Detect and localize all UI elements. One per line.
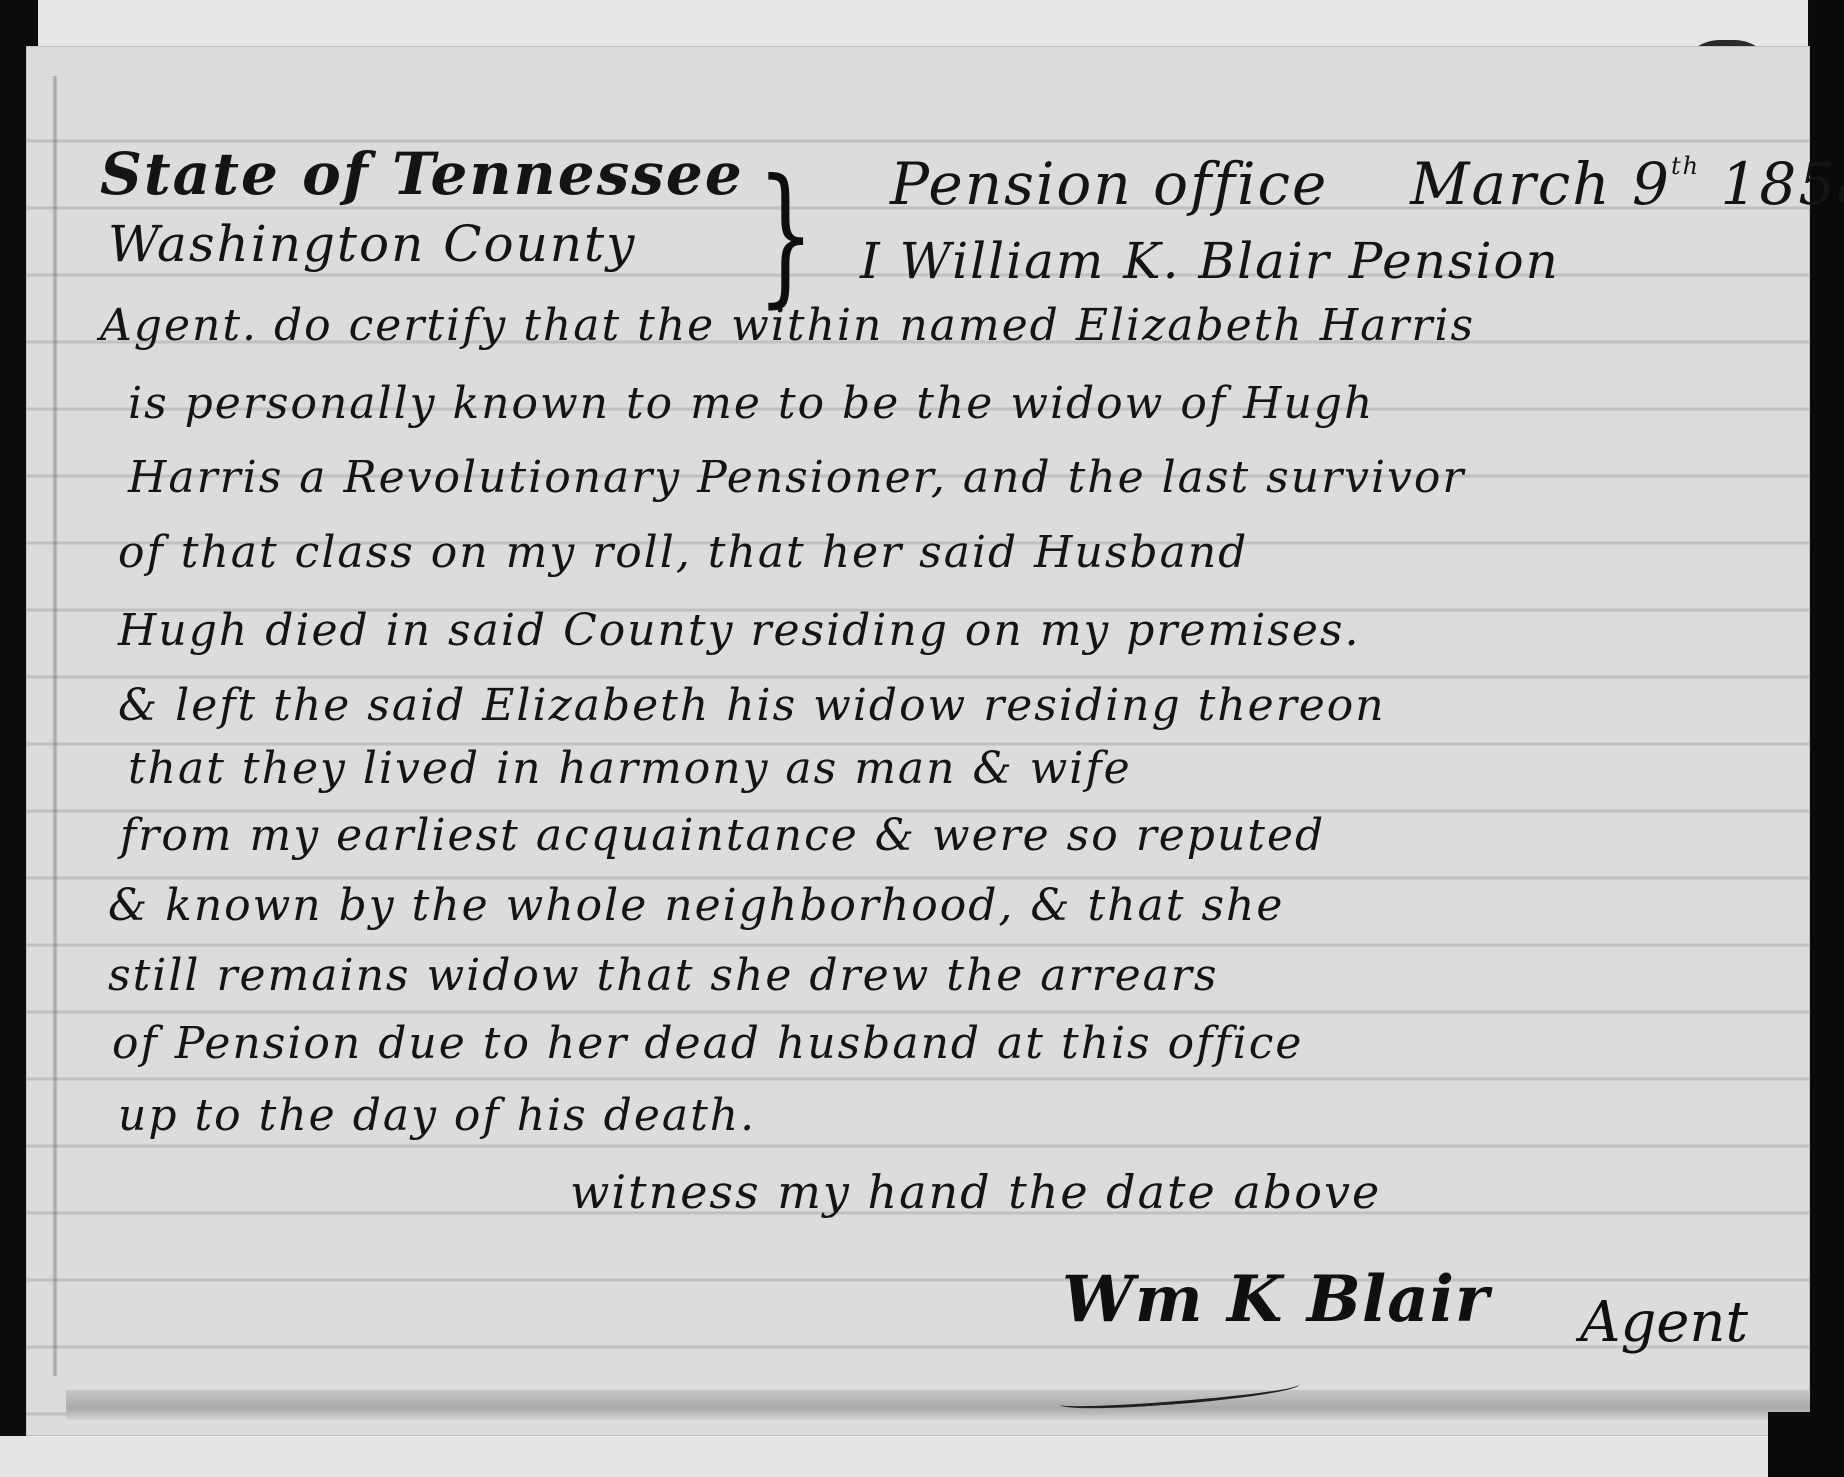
scan-border-corner (1768, 1412, 1844, 1477)
body-line: of Pension due to her dead husband at th… (112, 1018, 1303, 1069)
date-suffix: th (1671, 152, 1700, 180)
page-edge-shadow (66, 1390, 1810, 1420)
body-line: that they lived in harmony as man & wife (128, 743, 1132, 794)
signature: Wm K Blair (1062, 1262, 1490, 1337)
body-line: Harris a Revolutionary Pensioner, and th… (128, 452, 1465, 503)
office-date-line: Pension office March 9th 1858 (890, 150, 1844, 218)
body-line: Agent. do certify that the within named … (100, 300, 1475, 351)
scan-border-right (1810, 0, 1844, 1477)
body-line: of that class on my roll, that her said … (118, 527, 1248, 578)
signature-title: Agent (1580, 1290, 1748, 1355)
body-line: is personally known to me to be the wido… (128, 378, 1374, 429)
body-line: & left the said Elizabeth his widow resi… (118, 680, 1386, 731)
body-line: up to the day of his death. (118, 1090, 756, 1141)
date-year: 1858 (1721, 150, 1844, 218)
body-line: still remains widow that she drew the ar… (108, 950, 1219, 1001)
body-line: from my earliest acquaintance & were so … (120, 810, 1325, 861)
date-month-day: March 9 (1410, 150, 1671, 218)
intro-line: I William K. Blair Pension (860, 232, 1560, 290)
body-line: Hugh died in said County residing on my … (118, 605, 1360, 656)
brace-icon: } (757, 160, 814, 310)
office-label: Pension office (890, 150, 1328, 218)
county-heading: Washington County (108, 215, 636, 273)
closing-line: witness my hand the date above (570, 1165, 1381, 1219)
body-line: & known by the whole neighborhood, & tha… (108, 880, 1284, 931)
margin-rule (52, 76, 58, 1376)
under-sheet (0, 1436, 1770, 1477)
state-heading: State of Tennessee (100, 140, 744, 208)
